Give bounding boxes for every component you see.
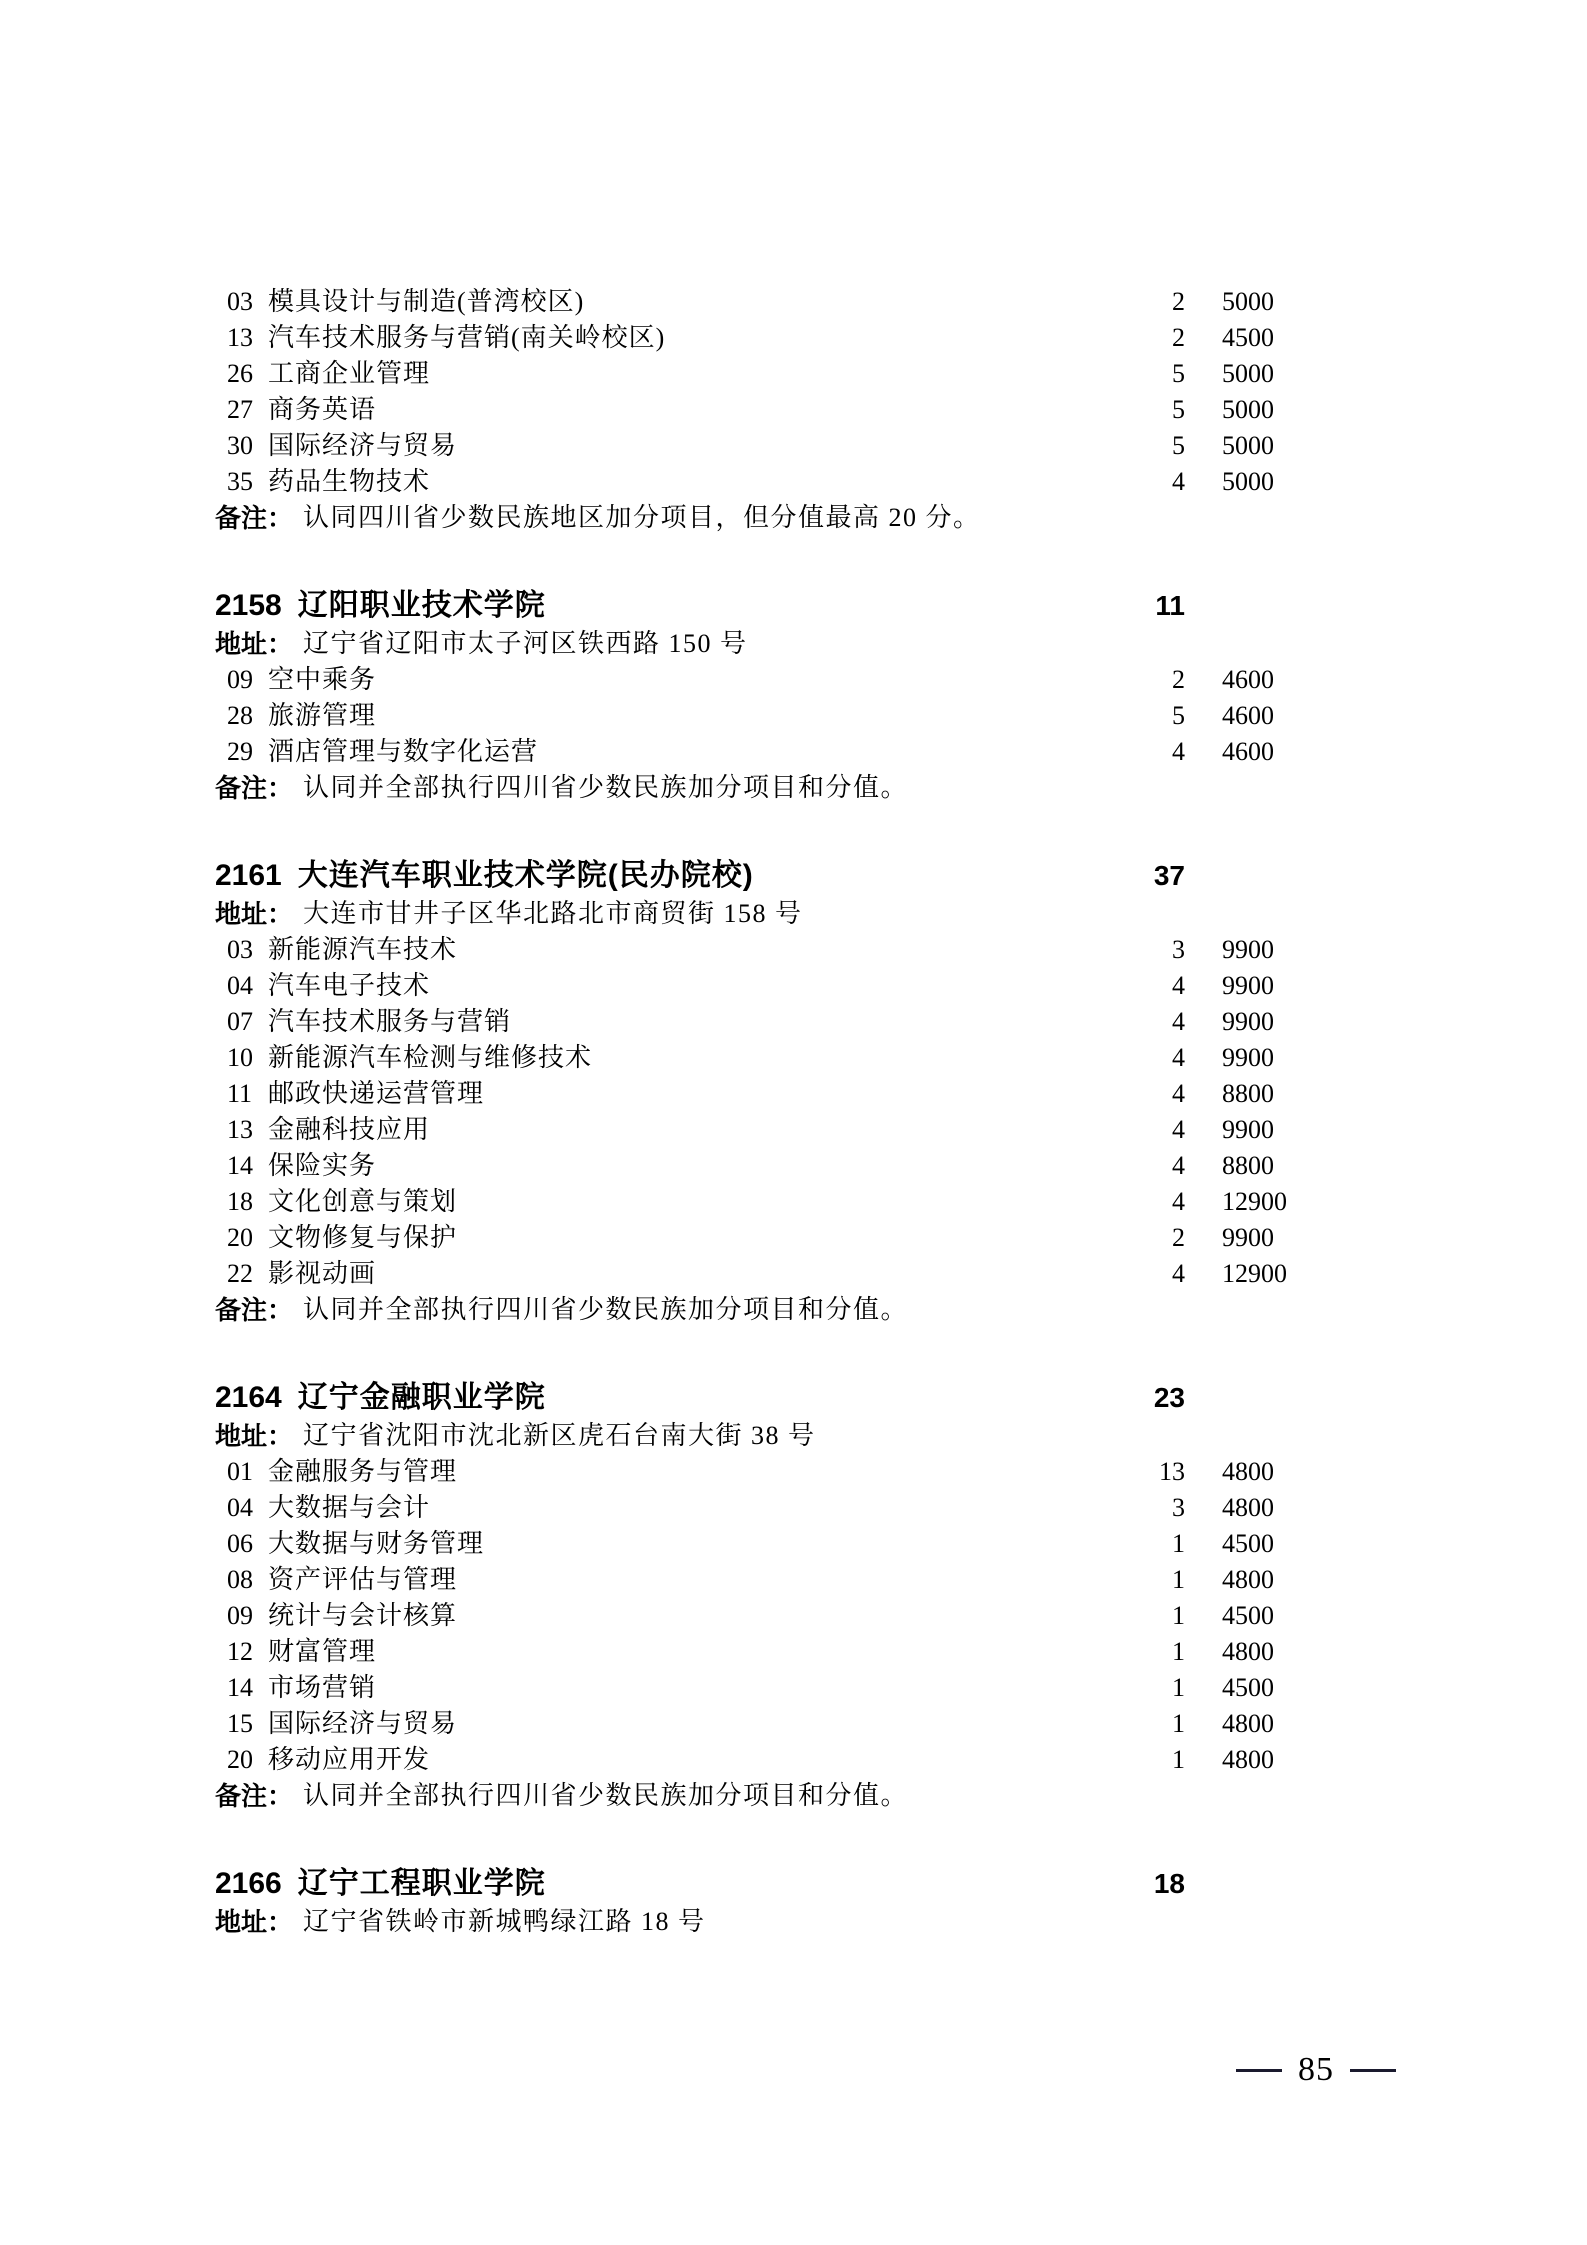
- program-fee: 4500: [1185, 1670, 1302, 1706]
- program-row: 09空中乘务24600: [215, 662, 1302, 698]
- program-quota: 1: [1125, 1706, 1185, 1742]
- program-quota: 1: [1125, 1634, 1185, 1670]
- program-row: 22影视动画412900: [215, 1256, 1302, 1292]
- program-name: 新能源汽车技术: [268, 932, 1125, 968]
- program-fee: 4500: [1185, 320, 1302, 356]
- program-row: 10新能源汽车检测与维修技术49900: [215, 1040, 1302, 1076]
- program-fee: 5000: [1185, 464, 1302, 500]
- institution-code: 2158: [215, 586, 282, 626]
- program-name: 财富管理: [268, 1634, 1125, 1670]
- program-fee: 5000: [1185, 356, 1302, 392]
- program-quota: 1: [1125, 1598, 1185, 1634]
- program-fee: 5000: [1185, 428, 1302, 464]
- program-fee: 4600: [1185, 698, 1302, 734]
- program-name: 金融服务与管理: [268, 1454, 1125, 1490]
- program-code: 35: [227, 464, 268, 500]
- program-row: 15国际经济与贸易14800: [215, 1706, 1302, 1742]
- institution-code: 2166: [215, 1864, 282, 1904]
- program-quota: 4: [1125, 1076, 1185, 1112]
- program-code: 29: [227, 734, 268, 770]
- note-text: 认同四川省少数民族地区加分项目，但分值最高 20 分。: [303, 500, 981, 536]
- note-row: 备注：认同并全部执行四川省少数民族加分项目和分值。: [215, 770, 1302, 806]
- section-2161: 2161大连汽车职业技术学院(民办院校)37地址：大连市甘井子区华北路北市商贸街…: [215, 856, 1302, 1328]
- program-quota: 4: [1125, 464, 1185, 500]
- program-code: 09: [227, 662, 268, 698]
- program-code: 03: [227, 932, 268, 968]
- institution-name: 辽阳职业技术学院: [298, 586, 1125, 626]
- section-2158: 2158辽阳职业技术学院11地址：辽宁省辽阳市太子河区铁西路 150 号09空中…: [215, 586, 1302, 806]
- program-row: 35药品生物技术45000: [215, 464, 1302, 500]
- address-row: 地址：辽宁省铁岭市新城鸭绿江路 18 号: [215, 1904, 1302, 1940]
- program-fee: 8800: [1185, 1148, 1302, 1184]
- program-quota: 4: [1125, 1148, 1185, 1184]
- program-fee: 9900: [1185, 1004, 1302, 1040]
- program-code: 04: [227, 968, 268, 1004]
- program-row: 11邮政快递运营管理48800: [215, 1076, 1302, 1112]
- program-code: 20: [227, 1742, 268, 1778]
- program-quota: 1: [1125, 1526, 1185, 1562]
- page-number: 85: [1298, 2050, 1334, 2090]
- institution-name: 辽宁工程职业学院: [298, 1864, 1125, 1904]
- note-label: 备注：: [215, 1778, 293, 1814]
- program-row: 27商务英语55000: [215, 392, 1302, 428]
- program-quota: 2: [1125, 284, 1185, 320]
- program-quota: 4: [1125, 1256, 1185, 1292]
- program-code: 20: [227, 1220, 268, 1256]
- institution-code: 2164: [215, 1378, 282, 1418]
- program-row: 14保险实务48800: [215, 1148, 1302, 1184]
- program-fee: 9900: [1185, 1220, 1302, 1256]
- program-code: 27: [227, 392, 268, 428]
- program-name: 国际经济与贸易: [268, 428, 1125, 464]
- program-code: 14: [227, 1670, 268, 1706]
- program-code: 11: [227, 1076, 268, 1112]
- program-code: 28: [227, 698, 268, 734]
- program-fee: 5000: [1185, 284, 1302, 320]
- institution-header: 2164辽宁金融职业学院23: [215, 1378, 1302, 1418]
- footer-dash-right-icon: [1350, 2069, 1396, 2072]
- program-name: 汽车电子技术: [268, 968, 1125, 1004]
- program-code: 12: [227, 1634, 268, 1670]
- note-text: 认同并全部执行四川省少数民族加分项目和分值。: [303, 1778, 908, 1814]
- institution-total-quota: 11: [1125, 586, 1185, 626]
- institution-header: 2158辽阳职业技术学院11: [215, 586, 1302, 626]
- program-fee: 9900: [1185, 968, 1302, 1004]
- program-quota: 1: [1125, 1742, 1185, 1778]
- institution-total-quota: 23: [1125, 1378, 1185, 1418]
- institution-header: 2161大连汽车职业技术学院(民办院校)37: [215, 856, 1302, 896]
- program-name: 邮政快递运营管理: [268, 1076, 1125, 1112]
- program-row: 18文化创意与策划412900: [215, 1184, 1302, 1220]
- program-row: 07汽车技术服务与营销49900: [215, 1004, 1302, 1040]
- note-label: 备注：: [215, 770, 293, 806]
- program-quota: 4: [1125, 1040, 1185, 1076]
- program-code: 01: [227, 1454, 268, 1490]
- program-fee: 8800: [1185, 1076, 1302, 1112]
- institution-total-quota: 37: [1125, 856, 1185, 896]
- program-code: 14: [227, 1148, 268, 1184]
- program-fee: 5000: [1185, 392, 1302, 428]
- program-quota: 3: [1125, 932, 1185, 968]
- institution-total-quota: 18: [1125, 1864, 1185, 1904]
- note-row: 备注：认同并全部执行四川省少数民族加分项目和分值。: [215, 1292, 1302, 1328]
- note-row: 备注：认同并全部执行四川省少数民族加分项目和分值。: [215, 1778, 1302, 1814]
- program-name: 商务英语: [268, 392, 1125, 428]
- program-fee: 9900: [1185, 1040, 1302, 1076]
- program-code: 13: [227, 1112, 268, 1148]
- program-row: 08资产评估与管理14800: [215, 1562, 1302, 1598]
- program-row: 04汽车电子技术49900: [215, 968, 1302, 1004]
- program-fee: 4800: [1185, 1706, 1302, 1742]
- program-fee: 4800: [1185, 1454, 1302, 1490]
- program-fee: 12900: [1185, 1256, 1302, 1292]
- institution-code: 2161: [215, 856, 282, 896]
- program-name: 统计与会计核算: [268, 1598, 1125, 1634]
- program-name: 市场营销: [268, 1670, 1125, 1706]
- program-quota: 5: [1125, 698, 1185, 734]
- program-code: 15: [227, 1706, 268, 1742]
- program-row: 14市场营销14500: [215, 1670, 1302, 1706]
- program-row: 04大数据与会计34800: [215, 1490, 1302, 1526]
- program-row: 06大数据与财务管理14500: [215, 1526, 1302, 1562]
- program-code: 04: [227, 1490, 268, 1526]
- program-name: 工商企业管理: [268, 356, 1125, 392]
- program-name: 资产评估与管理: [268, 1562, 1125, 1598]
- program-row: 30国际经济与贸易55000: [215, 428, 1302, 464]
- address-text: 辽宁省沈阳市沈北新区虎石台南大街 38 号: [303, 1418, 816, 1454]
- program-quota: 1: [1125, 1670, 1185, 1706]
- program-code: 09: [227, 1598, 268, 1634]
- footer-dash-left-icon: [1236, 2069, 1282, 2072]
- program-name: 新能源汽车检测与维修技术: [268, 1040, 1125, 1076]
- section-2164: 2164辽宁金融职业学院23地址：辽宁省沈阳市沈北新区虎石台南大街 38 号01…: [215, 1378, 1302, 1814]
- program-quota: 4: [1125, 1184, 1185, 1220]
- program-code: 07: [227, 1004, 268, 1040]
- program-fee: 12900: [1185, 1184, 1302, 1220]
- program-quota: 4: [1125, 1112, 1185, 1148]
- program-row: 03模具设计与制造(普湾校区)25000: [215, 284, 1302, 320]
- program-row: 01金融服务与管理134800: [215, 1454, 1302, 1490]
- program-quota: 5: [1125, 428, 1185, 464]
- program-fee: 4800: [1185, 1742, 1302, 1778]
- note-text: 认同并全部执行四川省少数民族加分项目和分值。: [303, 770, 908, 806]
- address-label: 地址：: [215, 1904, 293, 1940]
- program-name: 移动应用开发: [268, 1742, 1125, 1778]
- program-name: 大数据与财务管理: [268, 1526, 1125, 1562]
- program-fee: 4500: [1185, 1598, 1302, 1634]
- program-row: 12财富管理14800: [215, 1634, 1302, 1670]
- program-row: 20移动应用开发14800: [215, 1742, 1302, 1778]
- program-quota: 2: [1125, 662, 1185, 698]
- program-name: 保险实务: [268, 1148, 1125, 1184]
- address-row: 地址：大连市甘井子区华北路北市商贸街 158 号: [215, 896, 1302, 932]
- program-name: 酒店管理与数字化运营: [268, 734, 1125, 770]
- address-label: 地址：: [215, 1418, 293, 1454]
- program-quota: 2: [1125, 1220, 1185, 1256]
- address-row: 地址：辽宁省辽阳市太子河区铁西路 150 号: [215, 626, 1302, 662]
- program-name: 影视动画: [268, 1256, 1125, 1292]
- program-code: 06: [227, 1526, 268, 1562]
- program-name: 模具设计与制造(普湾校区): [268, 284, 1125, 320]
- program-name: 金融科技应用: [268, 1112, 1125, 1148]
- program-quota: 4: [1125, 968, 1185, 1004]
- program-fee: 4600: [1185, 734, 1302, 770]
- program-fee: 9900: [1185, 932, 1302, 968]
- program-fee: 4800: [1185, 1490, 1302, 1526]
- program-row: 09统计与会计核算14500: [215, 1598, 1302, 1634]
- program-row: 03新能源汽车技术39900: [215, 932, 1302, 968]
- program-quota: 13: [1125, 1454, 1185, 1490]
- program-row: 13汽车技术服务与营销(南关岭校区)24500: [215, 320, 1302, 356]
- program-code: 08: [227, 1562, 268, 1598]
- program-code: 10: [227, 1040, 268, 1076]
- program-fee: 9900: [1185, 1112, 1302, 1148]
- note-label: 备注：: [215, 500, 293, 536]
- program-name: 汽车技术服务与营销(南关岭校区): [268, 320, 1125, 356]
- program-name: 空中乘务: [268, 662, 1125, 698]
- section-2166: 2166辽宁工程职业学院18地址：辽宁省铁岭市新城鸭绿江路 18 号: [215, 1864, 1302, 1940]
- program-quota: 3: [1125, 1490, 1185, 1526]
- program-row: 26工商企业管理55000: [215, 356, 1302, 392]
- program-fee: 4600: [1185, 662, 1302, 698]
- program-quota: 5: [1125, 392, 1185, 428]
- document-page: 03模具设计与制造(普湾校区)2500013汽车技术服务与营销(南关岭校区)24…: [0, 0, 1587, 2245]
- program-code: 18: [227, 1184, 268, 1220]
- address-label: 地址：: [215, 626, 293, 662]
- program-name: 国际经济与贸易: [268, 1706, 1125, 1742]
- program-code: 22: [227, 1256, 268, 1292]
- institution-name: 大连汽车职业技术学院(民办院校): [298, 856, 1125, 896]
- program-row: 29酒店管理与数字化运营44600: [215, 734, 1302, 770]
- program-code: 26: [227, 356, 268, 392]
- program-name: 汽车技术服务与营销: [268, 1004, 1125, 1040]
- program-row: 28旅游管理54600: [215, 698, 1302, 734]
- program-quota: 2: [1125, 320, 1185, 356]
- program-name: 旅游管理: [268, 698, 1125, 734]
- program-fee: 4800: [1185, 1562, 1302, 1598]
- program-row: 13金融科技应用49900: [215, 1112, 1302, 1148]
- admissions-list: 03模具设计与制造(普湾校区)2500013汽车技术服务与营销(南关岭校区)24…: [215, 284, 1302, 1940]
- program-quota: 5: [1125, 356, 1185, 392]
- program-name: 药品生物技术: [268, 464, 1125, 500]
- address-label: 地址：: [215, 896, 293, 932]
- address-text: 大连市甘井子区华北路北市商贸街 158 号: [303, 896, 803, 932]
- program-code: 13: [227, 320, 268, 356]
- program-code: 30: [227, 428, 268, 464]
- address-row: 地址：辽宁省沈阳市沈北新区虎石台南大街 38 号: [215, 1418, 1302, 1454]
- program-fee: 4500: [1185, 1526, 1302, 1562]
- institution-name: 辽宁金融职业学院: [298, 1378, 1125, 1418]
- program-quota: 4: [1125, 1004, 1185, 1040]
- program-name: 大数据与会计: [268, 1490, 1125, 1526]
- section-continued: 03模具设计与制造(普湾校区)2500013汽车技术服务与营销(南关岭校区)24…: [215, 284, 1302, 536]
- program-fee: 4800: [1185, 1634, 1302, 1670]
- program-name: 文物修复与保护: [268, 1220, 1125, 1256]
- note-text: 认同并全部执行四川省少数民族加分项目和分值。: [303, 1292, 908, 1328]
- program-quota: 1: [1125, 1562, 1185, 1598]
- program-name: 文化创意与策划: [268, 1184, 1125, 1220]
- program-code: 03: [227, 284, 268, 320]
- program-row: 20文物修复与保护29900: [215, 1220, 1302, 1256]
- page-footer: 85: [1236, 2050, 1396, 2090]
- note-label: 备注：: [215, 1292, 293, 1328]
- address-text: 辽宁省辽阳市太子河区铁西路 150 号: [303, 626, 748, 662]
- program-quota: 4: [1125, 734, 1185, 770]
- institution-header: 2166辽宁工程职业学院18: [215, 1864, 1302, 1904]
- address-text: 辽宁省铁岭市新城鸭绿江路 18 号: [303, 1904, 706, 1940]
- note-row: 备注：认同四川省少数民族地区加分项目，但分值最高 20 分。: [215, 500, 1302, 536]
